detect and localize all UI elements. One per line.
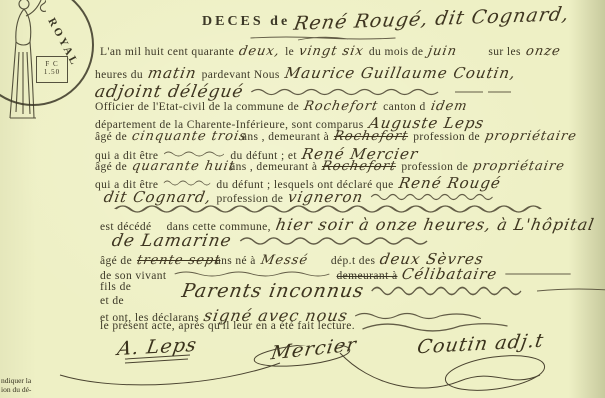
deces-de-label: DECES de — [202, 14, 290, 30]
printed-text: Officier de l'Etat-civil de la commune d… — [95, 101, 299, 113]
header-line: DECES de René Rougé, dit Cognard, — [202, 8, 569, 30]
printed-text: le présent acte, après qu'il leur en a é… — [100, 320, 355, 332]
form-line-year: L'an mil huit cent quarante deux, le vin… — [100, 44, 561, 59]
printed-text: fils de — [100, 281, 131, 293]
printed-text: âgé de — [95, 131, 127, 143]
printed-text: L'an mil huit cent quarante — [100, 46, 234, 58]
handwritten-commune: Rochefort — [303, 99, 380, 114]
stamp-value-box: F C 1.50 — [36, 56, 68, 83]
stamp-value-text: 1.50 — [37, 68, 67, 76]
printed-text: du mois de — [369, 46, 423, 58]
handwritten-month: juin — [427, 44, 459, 59]
ink-squiggle — [369, 284, 529, 298]
handwritten-parents: Parents inconnus — [180, 280, 366, 302]
signature-flourishes — [40, 345, 580, 397]
ink-dash — [534, 287, 605, 295]
form-line-witness2: âgé de quarante huit ans , demeurant à R… — [95, 159, 565, 174]
printed-text: canton d — [383, 101, 425, 113]
ink-squiggle — [360, 320, 510, 332]
blank-fill-squiggle-row — [108, 203, 548, 215]
handwritten-daypart: matin — [146, 64, 198, 82]
handwritten-year: deux, — [238, 44, 282, 59]
ink-squiggle — [369, 192, 499, 202]
printed-text: profession de — [401, 161, 468, 173]
death-record-page: ROYAL F C 1.50 DECES de René R — [0, 0, 605, 398]
printed-text: ans , demeurant à — [242, 131, 329, 143]
ink-squiggle — [163, 179, 211, 187]
form-line-witness1: âgé de cinquante trois ans , demeurant à… — [95, 129, 577, 144]
ink-squiggle — [108, 203, 548, 215]
form-line-officiant: heures du matin pardevant Nous Maurice G… — [95, 64, 516, 82]
handwritten-witness2-profession: propriétaire — [472, 159, 566, 174]
form-line-commune: Officier de l'Etat-civil de la commune d… — [95, 99, 467, 114]
printed-text: âgé de — [95, 161, 127, 173]
handwritten-hospital: de Lamarine — [110, 231, 233, 251]
marginal-note-line: ndiquer la — [1, 376, 31, 385]
ink-squiggle — [237, 235, 437, 247]
ink-squiggle — [353, 311, 483, 321]
handwritten-witness2-residence: Rochefort — [321, 159, 398, 174]
handwritten-witness1-age: cinquante trois — [131, 129, 248, 144]
handwritten-witness1-profession: propriétaire — [484, 129, 578, 144]
handwritten-day: vingt six — [298, 44, 365, 59]
handwritten-witness1-residence: Rochefort — [333, 129, 410, 144]
printed-text: ans , demeurant à — [230, 161, 317, 173]
marginal-note: ndiquer la ion du dé- — [1, 376, 31, 394]
handwritten-witness2-age: quarante huit — [131, 159, 237, 174]
form-line-lecture: le présent acte, après qu'il leur en a é… — [100, 320, 510, 332]
ink-squiggle — [248, 87, 448, 97]
stamp-fc-text: F C — [37, 60, 67, 68]
ink-squiggle — [163, 150, 225, 158]
form-label-son-of: fils de — [100, 281, 131, 293]
marginal-note-line: ion du dé- — [1, 385, 31, 394]
ink-dash — [453, 88, 513, 96]
underline-flourish — [248, 34, 398, 42]
handwritten-canton: idem — [429, 99, 468, 114]
form-line-parents: Parents inconnus — [182, 280, 605, 302]
printed-text: sur les — [488, 46, 521, 58]
printed-text: profession de — [413, 131, 480, 143]
printed-text: pardevant Nous — [202, 69, 280, 81]
ink-dash — [503, 270, 573, 278]
printed-text: heures du — [95, 69, 143, 81]
printed-text: le — [285, 46, 294, 58]
handwritten-officiant-name: Maurice Guillaume Coutin, — [283, 64, 517, 82]
form-line-hospital: de Lamarine — [112, 231, 437, 251]
handwritten-hour: onze — [525, 44, 562, 59]
ink-squiggle — [172, 270, 332, 278]
deceased-name-handwriting: René Rougé, dit Cognard, — [292, 3, 571, 35]
